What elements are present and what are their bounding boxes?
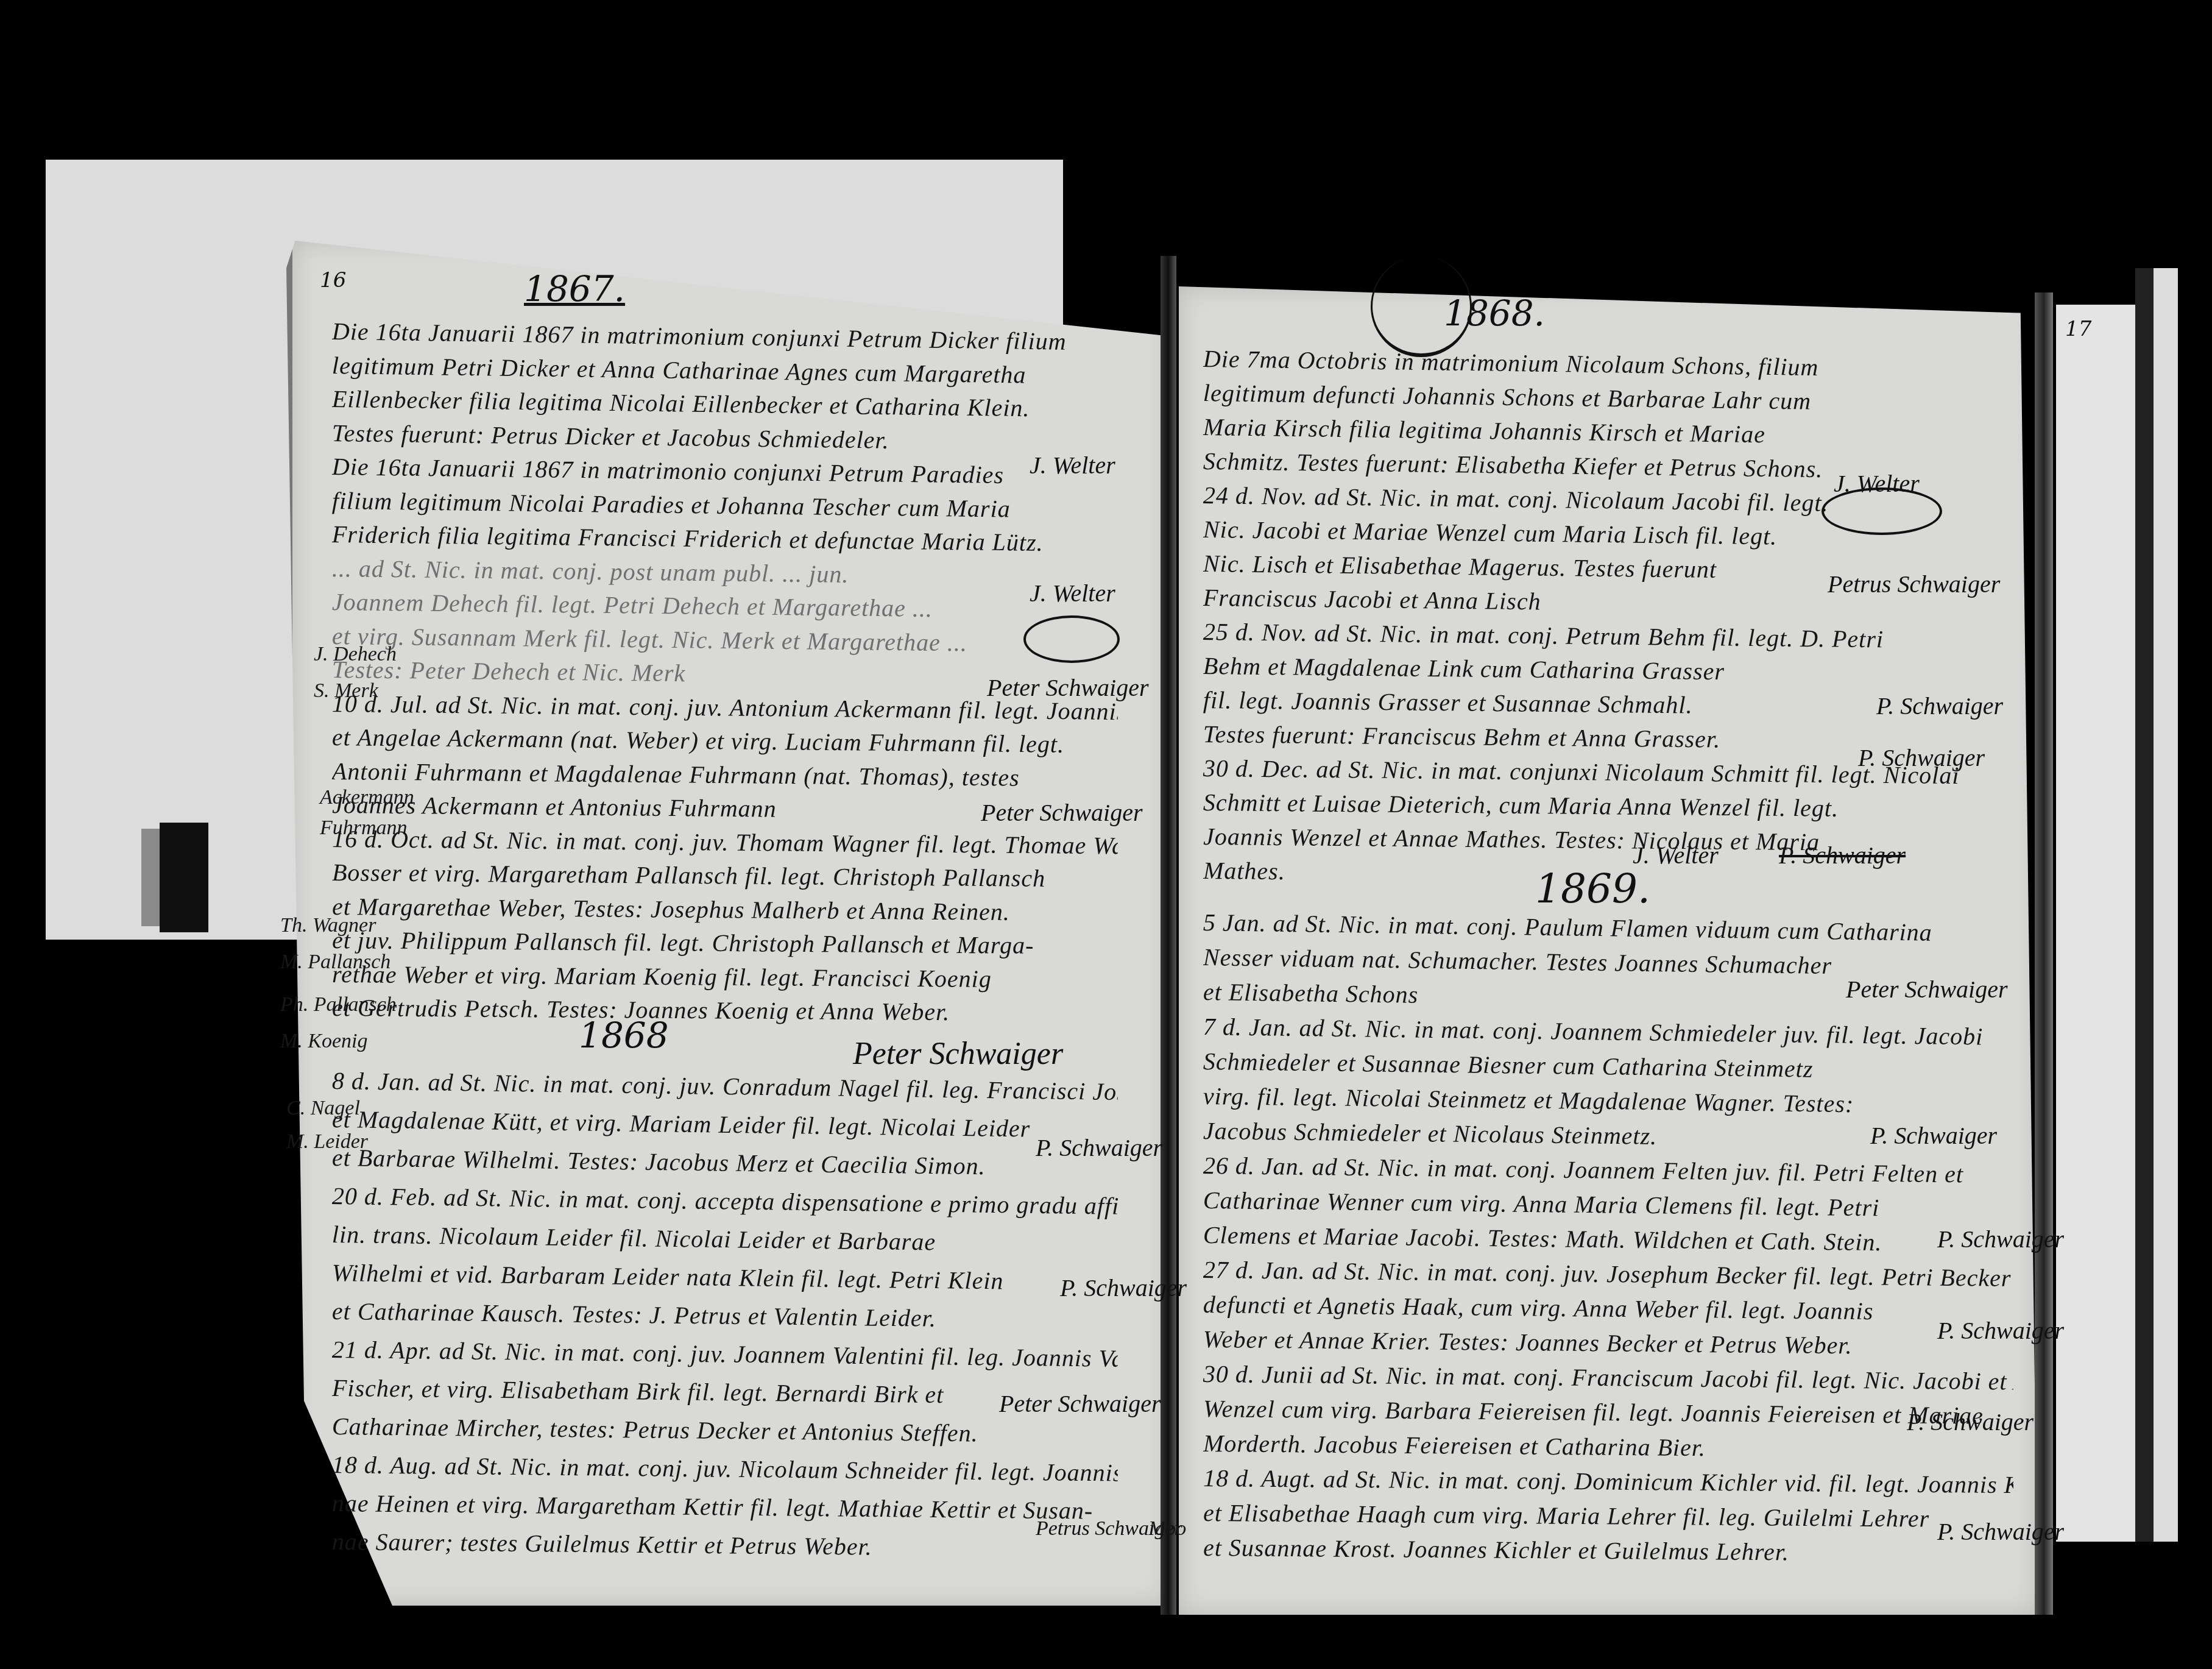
margin-note: C. Nagel <box>286 1097 360 1120</box>
year-heading-1868-left: 1868 <box>579 1015 669 1056</box>
side-light-strip <box>2154 268 2178 1542</box>
signature-welter-right: J. Welter <box>1834 469 1920 498</box>
year-heading-1867: 1867. <box>524 268 625 310</box>
margin-note: M. Leider <box>286 1130 368 1153</box>
margin-note: Fuhrmann <box>320 817 408 840</box>
signature-right-9: P. Schwaiger <box>1937 1316 2064 1345</box>
page-number-left: 16 <box>320 268 346 292</box>
signature-schwaiger-5: P. Schwaiger <box>1060 1274 1187 1302</box>
signature-right-4: J. Welter <box>1633 841 1719 870</box>
signature-right-2: P. Schwaiger <box>1876 692 2003 720</box>
year-heading-1869: 1869. <box>1535 865 1650 912</box>
signature-welter-2: J. Welter <box>1030 579 1115 608</box>
signature-right-5: P. Schwaiger <box>1779 841 1906 870</box>
margin-note: Th. Wagner <box>280 914 376 937</box>
signature-right-6: Peter Schwaiger <box>1846 975 2008 1004</box>
side-dark-strip <box>2135 268 2154 1542</box>
signature-welter-1: J. Welter <box>1030 451 1115 480</box>
signature-right-7: P. Schwaiger <box>1870 1121 1997 1150</box>
margin-note: M. Koenig <box>280 1030 368 1053</box>
signature-flourish <box>1023 615 1120 663</box>
margin-note-right: Moo <box>1148 1517 1186 1540</box>
page-number-right: 17 <box>2065 317 2091 341</box>
page-edge <box>2035 292 2053 1615</box>
signature-schwaiger-1: Peter Schwaiger <box>987 673 1149 702</box>
margin-note: J. Dehech <box>314 643 397 666</box>
signature-right-10: P. Schwaiger <box>1907 1408 2034 1436</box>
signature-schwaiger-6: Peter Schwaiger <box>999 1389 1161 1418</box>
year-heading-1868: 1868. <box>1444 292 1545 334</box>
margin-note: Ph. Pallansch <box>280 993 397 1016</box>
signature-right-11: P. Schwaiger <box>1937 1517 2064 1546</box>
book-gutter <box>1161 256 1176 1615</box>
handwritten-line: et Gertrudis Petsch. Testes: Joannes Koe… <box>332 993 1118 1027</box>
handwritten-line: et Margarethae Weber, Testes: Josephus M… <box>332 892 1118 927</box>
handwritten-line: et juv. Philippum Pallansch fil. legt. C… <box>332 926 1118 960</box>
margin-note: Ackermann <box>320 786 414 809</box>
handwritten-line: rethae Weber et virg. Mariam Koenig fil.… <box>332 960 1118 994</box>
margin-note: M. Pallansch <box>280 951 390 974</box>
binding-tab <box>160 823 208 932</box>
side-paper-strip <box>2056 305 2147 1542</box>
signature-right-1: Petrus Schwaiger <box>1828 570 2000 598</box>
signature-right-8: P. Schwaiger <box>1937 1225 2064 1253</box>
signature-schwaiger-3: Peter Schwaiger <box>853 1036 1063 1072</box>
margin-note: S. Merk <box>314 679 378 703</box>
signature-right-3: P. Schwaiger <box>1858 743 1985 772</box>
signature-schwaiger-4: P. Schwaiger <box>1036 1133 1162 1162</box>
signature-schwaiger-2: Peter Schwaiger <box>981 798 1143 827</box>
